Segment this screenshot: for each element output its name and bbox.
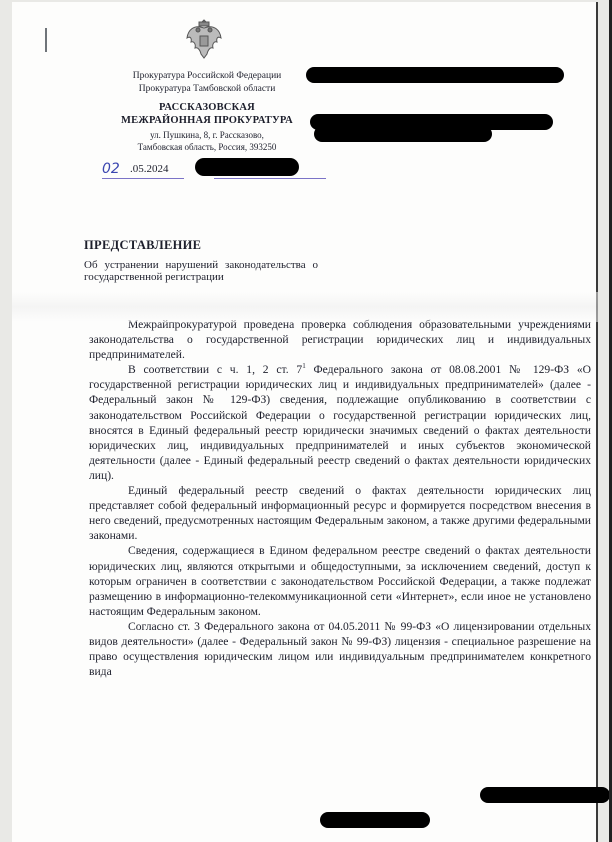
handwritten-day: 02 (102, 161, 120, 177)
date-month-year: .05.2024 (130, 163, 169, 175)
paragraph-5: Согласно ст. 3 Федерального закона от 04… (89, 619, 591, 679)
number-underline (214, 178, 326, 179)
org-line-1: Прокуратура Российской Федерации (112, 70, 302, 83)
document-subject: Об устранении нарушений законодательства… (84, 260, 318, 283)
margin-mark (45, 28, 47, 52)
address-line-1: ул. Пушкина, 8, г. Рассказово, (112, 129, 302, 141)
document-title: ПРЕДСТАВЛЕНИЕ (84, 238, 201, 253)
paragraph-4: Сведения, содержащиеся в Едином федераль… (89, 543, 591, 618)
address-line-2: Тамбовская область, Россия, 393250 (112, 141, 302, 153)
paragraph-3: Единый федеральный реестр сведений о фак… (89, 483, 591, 543)
paragraph-2-start: В соответствии с ч. 1, 2 ст. 7 (128, 363, 302, 376)
org-line-2: Прокуратура Тамбовской области (112, 83, 302, 96)
redacted-footer-center (320, 812, 430, 828)
date-underline (102, 178, 184, 179)
redacted-recipient-line-3 (314, 126, 492, 142)
document-body: Межрайпрокуратурой проведена проверка со… (89, 317, 591, 679)
letterhead: Прокуратура Российской Федерации Прокура… (112, 70, 302, 153)
paragraph-2-rest: Федерального закона от 08.08.2001 № 129-… (89, 363, 591, 482)
org-name-line-1: РАССКАЗОВСКАЯ (112, 101, 302, 114)
redacted-outgoing-number (195, 158, 299, 176)
paragraph-2: В соответствии с ч. 1, 2 ст. 71 Федераль… (89, 362, 591, 483)
paragraph-1: Межрайпрокуратурой проведена проверка со… (89, 317, 591, 362)
org-name-line-2: МЕЖРАЙОННАЯ ПРОКУРАТУРА (112, 114, 302, 127)
document-page: Прокуратура Российской Федерации Прокура… (12, 2, 598, 842)
redacted-footer-right (480, 787, 610, 803)
coat-of-arms-icon (184, 16, 224, 62)
redacted-recipient-line-1 (306, 67, 564, 83)
